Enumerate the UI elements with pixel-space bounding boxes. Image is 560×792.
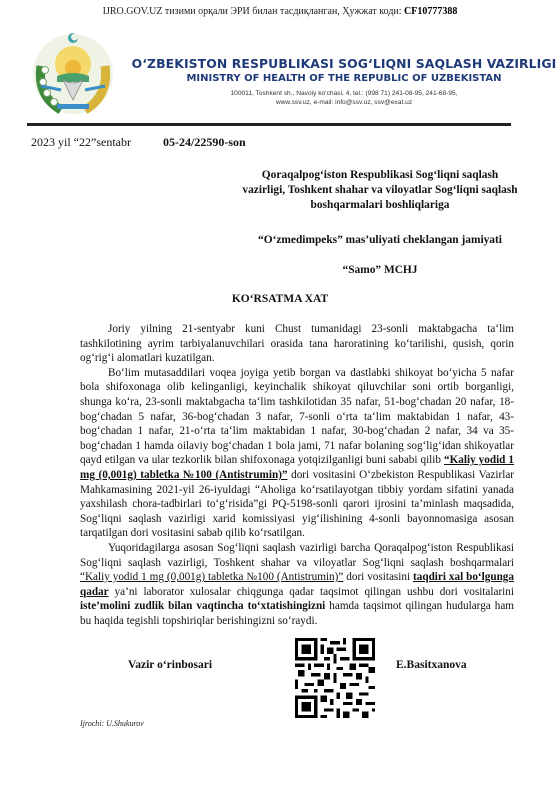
document-code: CF10777388 [404, 6, 457, 17]
ministry-title-en: MINISTRY OF HEALTH OF THE REPUBLIC OF UZ… [128, 73, 560, 84]
header-divider [27, 123, 511, 126]
ministry-address: 100011, Toshkent sh., Navoiy ko‘chasi, 4… [128, 89, 560, 107]
paragraph-2-text-a: Bo‘lim mutasaddilari voqea joyiga yetib … [80, 367, 514, 467]
paragraph-3-text-b: dori vositasini [343, 571, 413, 583]
paragraph-3-text-a: Yuqoridagilarga asosan Sog‘liqni saqlash… [80, 542, 514, 569]
state-emblem-icon [27, 26, 119, 118]
ministry-title-uz: O‘ZBEKISTON RESPUBLIKASI SOG‘LIQNI SAQLA… [128, 56, 560, 71]
signatory-name: E.Basitxanova [396, 659, 467, 671]
paragraph-3-text-c: ya’ni laborator xulosalar chiqgunga qada… [109, 586, 514, 598]
drug-name-underlined: “Kaliy yodid 1 mg (0,001g) tabletka №100… [80, 571, 343, 583]
paragraph-1: Joriy yilning 21-sentyabr kuni Chust tum… [80, 322, 514, 366]
document-number: 05-24/22590-son [163, 135, 246, 150]
address-line-1: 100011, Toshkent sh., Navoiy ko‘chasi, 4… [128, 89, 560, 98]
verification-line: IJRO.GOV.UZ тизими орқали ЭРИ билан тасд… [0, 6, 560, 17]
addressee-uzmedimpeks: “O‘zmedimpeks” mas’uliyati cheklangan ja… [240, 233, 520, 248]
addressee-samo: “Samo” MCHJ [240, 263, 520, 278]
paragraph-3: Yuqoridagilarga asosan Sog‘liqni saqlash… [80, 541, 514, 629]
qr-code-icon [295, 638, 375, 718]
letter-body: Joriy yilning 21-sentyabr kuni Chust tum… [80, 322, 514, 628]
verification-text: IJRO.GOV.UZ тизими орқали ЭРИ билан тасд… [103, 6, 404, 17]
paragraph-2: Bo‘lim mutasaddilari voqea joyiga yetib … [80, 366, 514, 541]
address-line-2: www.ssv.uz, e-mail: info@ssv.uz, ssv@exa… [128, 98, 560, 107]
signatory-role: Vazir o‘rinbosari [128, 659, 212, 671]
document-date: 2023 yil “22”sentabr [31, 135, 131, 150]
suspend-use-emphasis: iste’molini zudlik bilan vaqtincha to‘xt… [80, 600, 325, 612]
executor-note: Ijrochi: U.Shukurov [80, 719, 144, 728]
letter-heading: KO‘RSATMA XAT [0, 293, 560, 305]
addressee-health-authorities: Qoraqalpog‘iston Respublikasi Sog‘liqni … [240, 168, 520, 213]
